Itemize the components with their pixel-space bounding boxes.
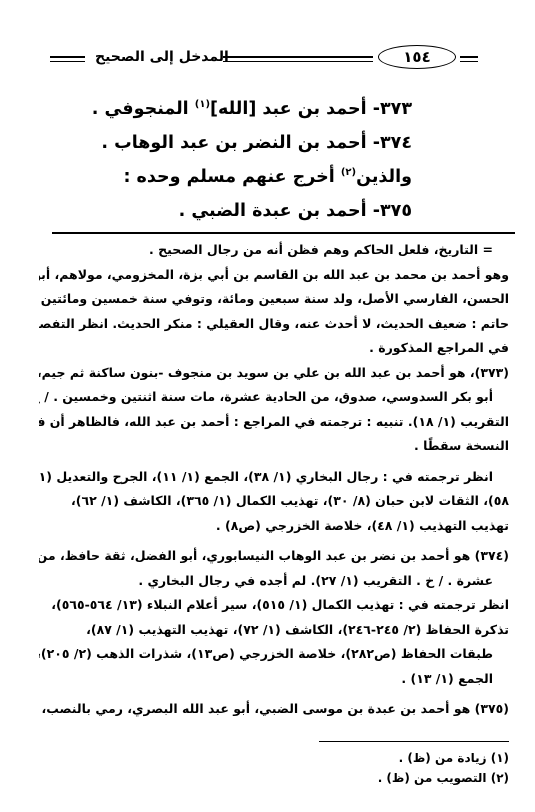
note-line-375: (٣٧٥) هو أحمد بن عبدة بن موسى الضبي، أبو…: [39, 697, 509, 722]
main-text: ٣٧٣- أحمد بن عبد [الله](١) المنجوفي . ٣٧…: [82, 92, 412, 228]
entry-number: ٣٧٤-: [373, 133, 412, 153]
note-line: تذكرة الحفاظ (٢/ ٢٤٥-٢٤٦)، الكاشف (١/ ٧٢…: [39, 618, 509, 643]
entry-text-tail: المنجوفي .: [92, 99, 195, 119]
entry-number: ٣٧٣-: [373, 99, 412, 119]
note-line: الحسن، الفارسي الأصل، ولد سنة سبعين ومائ…: [39, 287, 509, 312]
entry-number: ٣٧٥-: [373, 201, 412, 221]
footnotes: (١) زيادة من (ظ) . (٢) التصويب من (ظ) .: [209, 748, 509, 788]
note-line: وهو أحمد بن محمد بن عبد الله بن القاسم ب…: [39, 263, 509, 288]
section-heading: والذين(٢) أخرج عنهم مسلم وحده :: [82, 160, 412, 194]
header-rule-middle: [223, 56, 373, 62]
page-header: ١٥٤ المدخل إلى الصحيح: [50, 44, 478, 72]
note-line: انظر ترجمته في : رجال البخاري (١/ ٣٨)، ا…: [39, 465, 509, 490]
note-line: طبقات الحفاظ (ص٢٨٢)، خلاصة الخزرجي (ص١٣)…: [39, 642, 509, 667]
entry-text: أحمد بن النضر بن عبد الوهاب .: [101, 133, 372, 153]
header-rule-left: [50, 56, 85, 62]
entry-text: أحمد بن عبد [الله]: [210, 99, 373, 119]
page-number: ١٥٤: [378, 45, 456, 69]
note-line-373: (٣٧٣)، هو أحمد بن عبد الله بن علي بن سوي…: [39, 361, 509, 386]
main-notes-divider: [52, 232, 515, 234]
commentary-notes: = التاريخ، فلعل الحاكم وهم فظن أنه من رج…: [39, 238, 509, 722]
heading-text: والذين: [356, 167, 412, 187]
header-rule-right: [460, 56, 478, 62]
note-line: = التاريخ، فلعل الحاكم وهم فظن أنه من رج…: [39, 238, 509, 263]
note-line: في المراجع المذكورة .: [39, 336, 509, 361]
note-line: التقريب (١/ ١٨). تنبيه : ترجمته في المرا…: [39, 410, 509, 435]
entry-text: أحمد بن عبدة الضبي .: [179, 201, 373, 221]
footnote-rule: [319, 741, 509, 742]
note-line: الجمع (١/ ١٣) .: [39, 667, 509, 692]
heading-text-tail: أخرج عنهم مسلم وحده :: [123, 167, 340, 187]
entry-373: ٣٧٣- أحمد بن عبد [الله](١) المنجوفي .: [82, 92, 412, 126]
footnote-ref: (١): [195, 99, 210, 110]
footnote-1: (١) زيادة من (ظ) .: [209, 748, 509, 768]
running-title: المدخل إلى الصحيح: [95, 46, 229, 68]
entry-374: ٣٧٤- أحمد بن النضر بن عبد الوهاب .: [82, 126, 412, 160]
footnote-2: (٢) التصويب من (ظ) .: [209, 768, 509, 788]
note-line: ٥٨)، الثقات لابن حبان (٨/ ٣٠)، تهذيب الك…: [39, 489, 509, 514]
note-line: أبو بكر السدوسي، صدوق، من الحادية عشرة، …: [39, 385, 509, 410]
entry-375: ٣٧٥- أحمد بن عبدة الضبي .: [82, 194, 412, 228]
note-line: عشرة . / خ . التقريب (١/ ٢٧). لم أجده في…: [39, 569, 509, 594]
footnote-ref: (٢): [341, 167, 356, 178]
note-line-374: (٣٧٤) هو أحمد بن نضر بن عبد الوهاب النيس…: [39, 544, 509, 569]
note-line: حاتم : ضعيف الحديث، لا أحدث عنه، وقال ال…: [39, 312, 509, 337]
note-line: تهذيب التهذيب (١/ ٤٨)، خلاصة الخزرجي (ص٨…: [39, 514, 509, 539]
book-page: ١٥٤ المدخل إلى الصحيح ٣٧٣- أحمد بن عبد […: [0, 0, 535, 812]
note-line: النسخة سقطًا .: [39, 434, 509, 459]
note-line: انظر ترجمته في : تهذيب الكمال (١/ ٥١٥)، …: [39, 593, 509, 618]
